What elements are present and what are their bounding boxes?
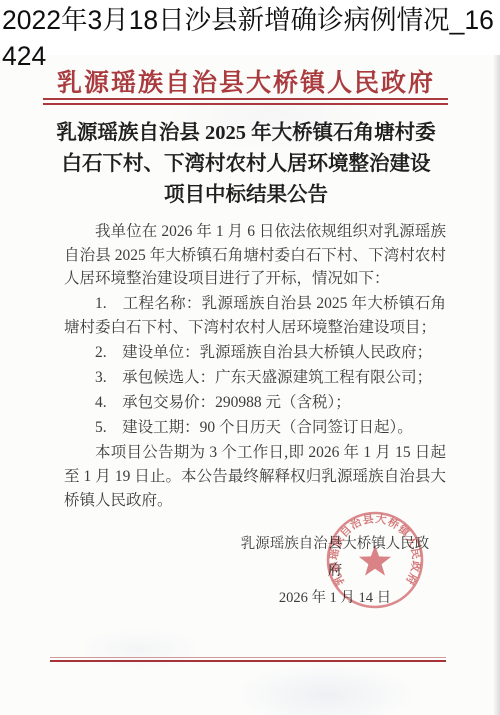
doc-body: 我单位在 2026 年 1 月 6 日依法依规组织对乳源瑶族自治县 2025 年… (64, 220, 446, 514)
list-item-contractor-candidate: 3. 承包候选人：广东天盛源建筑工程有限公司； (64, 366, 446, 390)
doc-title-line-3: 项目中标结果公告 (40, 180, 452, 211)
doc-title-line-1: 乳源瑶族自治县 2025 年大桥镇石角塘村委 (40, 118, 452, 149)
seal-bottom-marks: ············· (359, 592, 392, 600)
list-item-project-name: 1. 工程名称：乳源瑶族自治县 2025 年大桥镇石角塘村委白石下村、下湾村农村… (64, 292, 446, 339)
official-seal: 乳源瑶族自治县大桥镇人民政府 ············· (325, 510, 425, 610)
seal-star (359, 545, 391, 575)
list-item-contract-price: 4. 承包交易价：290988 元（含税）； (64, 391, 446, 415)
doc-title: 乳源瑶族自治县 2025 年大桥镇石角塘村委 白石下村、下湾村农村人居环境整治建… (40, 118, 452, 211)
footer-double-rule (50, 657, 446, 662)
document-scan: 乳源瑶族自治县大桥镇人民政府 乳源瑶族自治县 2025 年大桥镇石角塘村委 白石… (0, 55, 500, 715)
closing-paragraph: 本项目公告期为 3 个工作日,即 2026 年 1 月 15 日起至 1 月 1… (64, 441, 446, 512)
page-title: 2022年3月18日沙县新增确诊病例情况_16424 (2, 2, 499, 74)
intro-paragraph: 我单位在 2026 年 1 月 6 日依法依规组织对乳源瑶族自治县 2025 年… (64, 220, 446, 291)
doc-title-line-2: 白石下村、下湾村农村人居环境整治建设 (40, 149, 452, 180)
list-item-construction-period: 5. 建设工期：90 个日历天（合同签订日起）。 (64, 416, 446, 440)
letterhead-double-rule (43, 98, 448, 105)
list-item-construction-unit: 2. 建设单位：乳源瑶族自治县大桥镇人民政府； (64, 341, 446, 365)
